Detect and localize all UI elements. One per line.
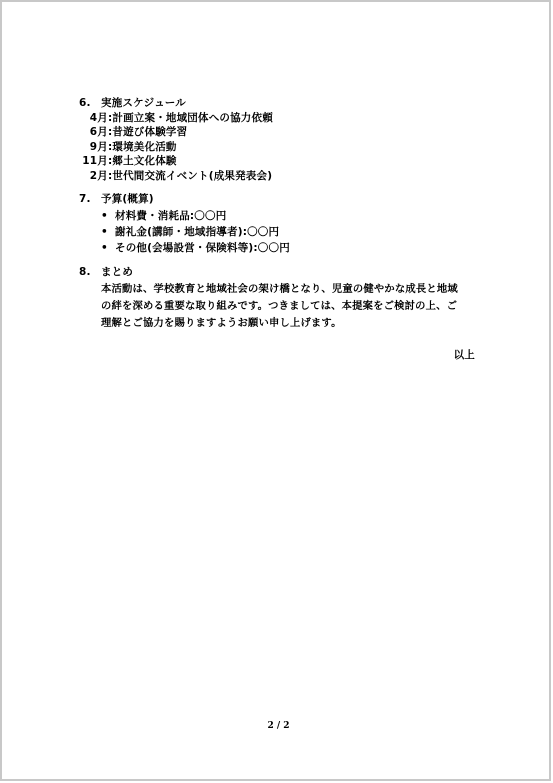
budget-text: 材料費・消耗品:〇〇円	[115, 210, 226, 222]
budget-item: •その他(会場設営・保険料等):〇〇円	[101, 241, 290, 255]
budget-heading-title: 予算(概算)	[101, 193, 154, 205]
schedule-item: 9月:環境美化活動	[78, 140, 177, 154]
budget-item: •謝礼金(講師・地域指導者):〇〇円	[101, 225, 279, 239]
page-number: 2 / 2	[2, 721, 553, 731]
summary-paragraph-line: の絆を深める重要な取り組みです。つきましては、本提案をご検討の上、ご	[101, 299, 457, 313]
bullet-icon: •	[101, 225, 115, 239]
schedule-item: 2月:世代間交流イベント(成果発表会)	[78, 169, 272, 183]
budget-heading: 7.予算(概算)	[79, 192, 154, 206]
closing-text: 以上	[302, 348, 475, 362]
budget-text: その他(会場設営・保険料等):〇〇円	[115, 242, 290, 254]
schedule-month: 9月	[78, 140, 108, 154]
schedule-text: :昔遊び体験学習	[108, 126, 187, 138]
schedule-heading-title: 実施スケジュール	[101, 97, 186, 109]
budget-item: •材料費・消耗品:〇〇円	[101, 209, 226, 223]
schedule-month: 4月	[78, 111, 108, 125]
schedule-month: 2月	[78, 169, 108, 183]
budget-text: 謝礼金(講師・地域指導者):〇〇円	[115, 226, 279, 238]
document-page: 6.実施スケジュール 4月:計画立案・地域団体への協力依頼 6月:昔遊び体験学習…	[0, 0, 551, 781]
budget-heading-number: 7.	[79, 192, 101, 206]
summary-heading-number: 8.	[79, 265, 101, 279]
schedule-heading: 6.実施スケジュール	[79, 96, 186, 110]
summary-heading: 8.まとめ	[79, 265, 133, 279]
summary-paragraph-line: 理解とご協力を賜りますようお願い申し上げます。	[101, 316, 342, 330]
schedule-text: :世代間交流イベント(成果発表会)	[108, 170, 272, 182]
summary-paragraph-line: 本活動は、学校教育と地域社会の架け橋となり、児童の健やかな成長と地域	[101, 282, 458, 296]
schedule-heading-number: 6.	[79, 96, 101, 110]
schedule-text: :環境美化活動	[108, 141, 177, 153]
schedule-text: :計画立案・地域団体への協力依頼	[108, 112, 273, 124]
bullet-icon: •	[101, 209, 115, 223]
schedule-item: 11月:郷土文化体験	[78, 154, 177, 168]
bullet-icon: •	[101, 241, 115, 255]
summary-heading-title: まとめ	[101, 266, 133, 278]
schedule-month: 11月	[78, 154, 108, 168]
schedule-item: 4月:計画立案・地域団体への協力依頼	[78, 111, 273, 125]
schedule-month: 6月	[78, 125, 108, 139]
schedule-text: :郷土文化体験	[108, 155, 177, 167]
schedule-item: 6月:昔遊び体験学習	[78, 125, 187, 139]
